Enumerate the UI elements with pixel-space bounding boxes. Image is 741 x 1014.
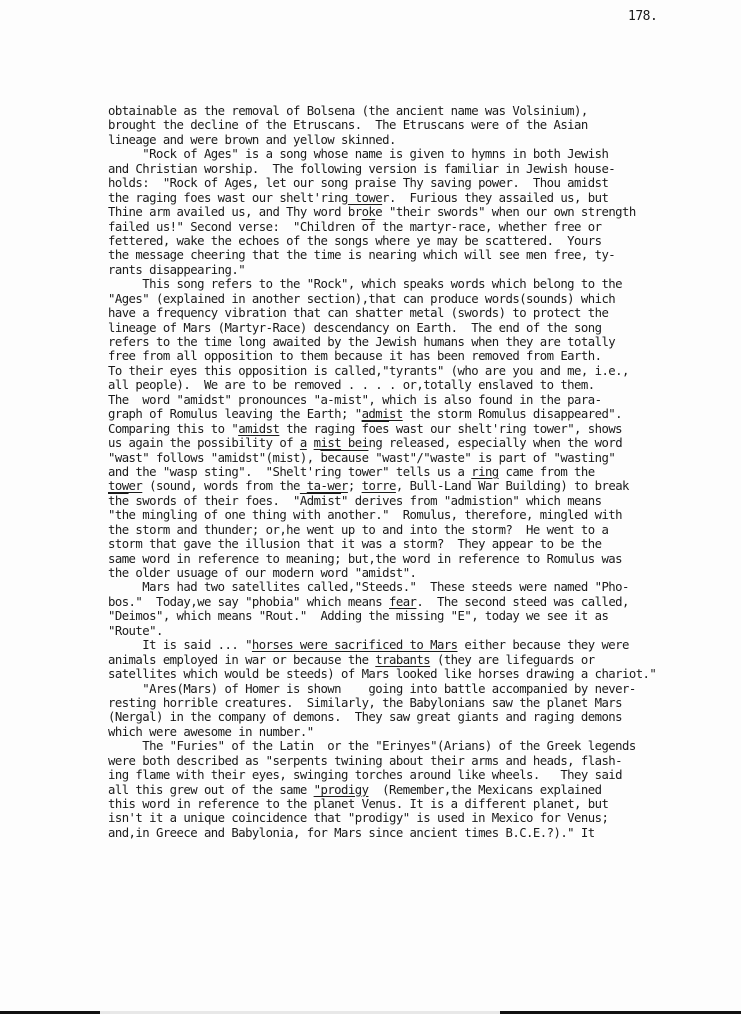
overlined-word: broke [348,205,382,219]
text-span: free from all opposition to them because… [108,349,601,363]
text-span: , Bull-Land War Building) to break [396,479,629,493]
text-span: failed us!" Second verse: "Children [108,220,362,234]
text-span: resting horrible creatures. Similarly, t… [108,696,622,710]
text-span: the older usuage of our modern word "ami… [108,566,416,580]
text-span: the martyr-race, whether free or [375,220,601,234]
text-span: (Nergal) in the company of demons. They … [108,710,622,724]
text-span: "Rock of Ages" is a song whose name is g… [108,147,608,161]
text-line: and the "wasp sting". "Shelt'ring tower"… [108,465,741,479]
text-span: lineage and were brown and yellow skinne… [108,133,396,147]
text-line: Mars had two satellites called,"Steeds."… [108,580,741,594]
text-line: obtainable as the removal of Bolsena (th… [108,104,741,118]
underlined-word: a [300,436,307,450]
overlined-word: foes [362,422,389,436]
text-span: wast our shelt'ring tower", shows [389,422,622,436]
text-line: were both described as "serpents twining… [108,754,741,768]
text-span: of [273,436,300,450]
text-span: brought the decline of the Etruscans. Th… [108,118,588,132]
text-span: holds: "Rock of Ages, let our song prais… [108,176,608,190]
text-span: satellites which would be steeds) of Mar… [108,667,656,681]
text-line: have a frequency vibration that can shat… [108,306,741,320]
text-line: Thine arm availed us, and Thy word broke… [108,205,741,219]
text-line: "Ages" (explained in another section),th… [108,292,741,306]
text-line: and Christian worship. The following ver… [108,162,741,176]
text-line: same word in reference to meaning; but,t… [108,552,741,566]
text-span: either because they were [458,638,629,652]
text-span: all this grew out of the same " [108,783,320,797]
text-line: ing flame with their eyes, swinging torc… [108,768,741,782]
overlined-word: because [320,451,368,465]
underlined-word: horses were sacrificed to Mars [252,638,458,652]
underlined-word: mist [314,436,341,450]
underlined-word: fear [389,595,416,609]
text-span: ing flame with their eyes, swinging torc… [108,768,622,782]
text-line: To their eyes this opposition is called,… [108,364,741,378]
text-span: the storm and thunder; or,he went up to … [108,523,608,537]
text-span: bos." Today,we say "phobia" which means [108,595,389,609]
underlined-word: trabants [375,653,430,667]
text-line: bos." Today,we say "phobia" which means … [108,595,741,609]
text-span: (Remember,the Mexicans explained [368,783,601,797]
text-line: It is said ... "horses were sacrificed t… [108,638,741,652]
text-span: "Deimos", which means "Rout." Adding the… [108,609,608,623]
text-line: This song refers to the "Rock", which sp… [108,277,741,291]
text-span: this word in reference to the [108,797,314,811]
underlined-word: tower [108,479,142,493]
text-span: "Route". [108,624,163,638]
text-line: and,in Greece and Babylonia, for Mars si… [108,826,741,840]
text-span: the raging [279,422,361,436]
text-line: isn't it a unique coincidence that "prod… [108,811,741,825]
text-line: satellites which would be steeds) of Mar… [108,667,741,681]
text-span: have a frequency vibration that can shat… [108,306,608,320]
underlined-word: torre [362,479,396,493]
overlined-word: planet [314,797,355,811]
text-span: and,in Greece and Babylonia, for Mars si… [108,826,595,840]
text-line: Comparing this to "amidst the raging foe… [108,422,741,436]
text-span: The word "amidst" pronounces "a-mist", w… [108,393,601,407]
text-line: the older usuage of our modern word "ami… [108,566,741,580]
text-span: were both described as "serpents twining… [108,754,622,768]
text-span: animals employed in war or because the [108,653,375,667]
text-span: The "Furies" of the Latin or the "Erinye… [108,739,636,753]
text-span: (sound, words from the [142,479,306,493]
text-line: tower (sound, words from the ta-wer; tor… [108,479,741,493]
text-span: lineage of Mars (Martyr-Race) descendanc… [108,321,601,335]
text-line: storm that gave the illusion that it was… [108,537,741,551]
text-line: "Route". [108,624,741,638]
text-span: the storm Romulus disappeared". [403,407,622,421]
text-line: The word "amidst" pronounces "a-mist", w… [108,393,741,407]
text-line: all this grew out of the same "prodigy (… [108,783,741,797]
text-line: the message cheering that the time is ne… [108,248,741,262]
text-line: The "Furies" of the Latin or the "Erinye… [108,739,741,753]
text-span: us again the possib [108,436,238,450]
underlined-word: ring [471,465,498,479]
text-span: "Ares(Mars) of Homer is shown going into… [108,682,636,696]
text-span: To their eyes this opposition is called,… [108,364,629,378]
text-line: the storm and thunder; or,he went up to … [108,523,741,537]
text-span: "Ages" (explained in another section),th… [108,292,615,306]
text-line: (Nergal) in the company of demons. They … [108,710,741,724]
text-line: us again the possibility of a mist being… [108,436,741,450]
text-span: Thine arm availed us, and Thy word [108,205,348,219]
text-line: "Rock of Ages" is a song whose name is g… [108,147,741,161]
text-span: fettered, wake the echoes of the songs w… [108,234,601,248]
text-span: swords of their foes. " [129,494,300,508]
text-span: graph of Romulus leaving the Earth; " [108,407,362,421]
text-span: the raging foes wast our shelt'ring towe… [108,191,608,205]
text-span: "wast" follows "amidst"(mist), [108,451,320,465]
overlined-word: the [108,494,129,508]
text-line: "Deimos", which means "Rout." Adding the… [108,609,741,623]
body-text: obtainable as the removal of Bolsena (th… [108,104,741,840]
text-line: failed us!" Second verse: "Children of t… [108,220,741,234]
text-line: brought the decline of the Etruscans. Th… [108,118,741,132]
text-span: "their swords" when our own strength [382,205,636,219]
underlined-word: amidst [238,422,279,436]
text-line: resting horrible creatures. Similarly, t… [108,696,741,710]
text-span: being released, especially when the word [341,436,622,450]
text-span [307,436,314,450]
text-line: refers to the time long awaited by the J… [108,335,741,349]
text-span: and Christian worship. The following ver… [108,162,615,176]
text-span: "the mingling of one thing with another.… [108,508,622,522]
text-span: refers to the time long awaited by the J… [108,335,615,349]
text-span: Venus. It is a different planet, but [355,797,609,811]
text-line: free from all opposition to them because… [108,349,741,363]
text-span: rants disappearing." [108,263,245,277]
text-span: " derives from "admistion" which means [341,494,601,508]
text-span: same word in reference to meaning; but,t… [108,552,622,566]
text-line: "Ares(Mars) of Homer is shown going into… [108,682,741,696]
text-span: This song refers to the "Rock", which sp… [108,277,622,291]
text-line: "the mingling of one thing with another.… [108,508,741,522]
text-span: obtainable as the removal of Bolsena (th… [108,104,588,118]
text-line: which were awesome in number." [108,725,741,739]
page-number: 178. [628,9,657,24]
text-span: which were awesome in number." [108,725,314,739]
text-line: animals employed in war or because the t… [108,653,741,667]
text-line: lineage of Mars (Martyr-Race) descendanc… [108,321,741,335]
overlined-word: Admist [300,494,341,508]
text-span: and the "wasp sting". "Shelt'ring tower"… [108,465,471,479]
text-span: (they are lifeguards or [430,653,594,667]
text-span: "wast"/"waste" is part of "wasting" [368,451,615,465]
underlined-word: ta-wer [307,479,348,493]
text-span: . The second steed was called, [416,595,628,609]
text-line: rants disappearing." [108,263,741,277]
underlined-word: prodigy [320,783,368,797]
text-span: ; [348,479,362,493]
text-line: lineage and were brown and yellow skinne… [108,133,741,147]
text-line: fettered, wake the echoes of the songs w… [108,234,741,248]
text-line: "wast" follows "amidst"(mist), because "… [108,451,741,465]
text-line: graph of Romulus leaving the Earth; "adm… [108,407,741,421]
text-span: Comparing this to " [108,422,238,436]
text-span: Mars had two satellites called,"Steeds."… [108,580,629,594]
text-line: this word in reference to the planet Ven… [108,797,741,811]
text-span: It is said ... " [108,638,252,652]
text-span: all people). We are to be removed . . . … [108,378,595,392]
text-span: the message cheering that the time is ne… [108,248,615,262]
overlined-word: ility [238,436,272,450]
text-span: came from the [499,465,595,479]
text-line: the raging foes wast our shelt'ring towe… [108,191,741,205]
underlined-word: admist [362,407,403,421]
text-line: holds: "Rock of Ages, let our song prais… [108,176,741,190]
overlined-word: of [362,220,376,234]
text-line: all people). We are to be removed . . . … [108,378,741,392]
text-span: isn't it a unique coincidence that "prod… [108,811,608,825]
document-page: 178. obtainable as the removal of Bolsen… [0,0,741,1014]
text-line: the swords of their foes. "Admist" deriv… [108,494,741,508]
text-span: storm that gave the illusion that it was… [108,537,601,551]
